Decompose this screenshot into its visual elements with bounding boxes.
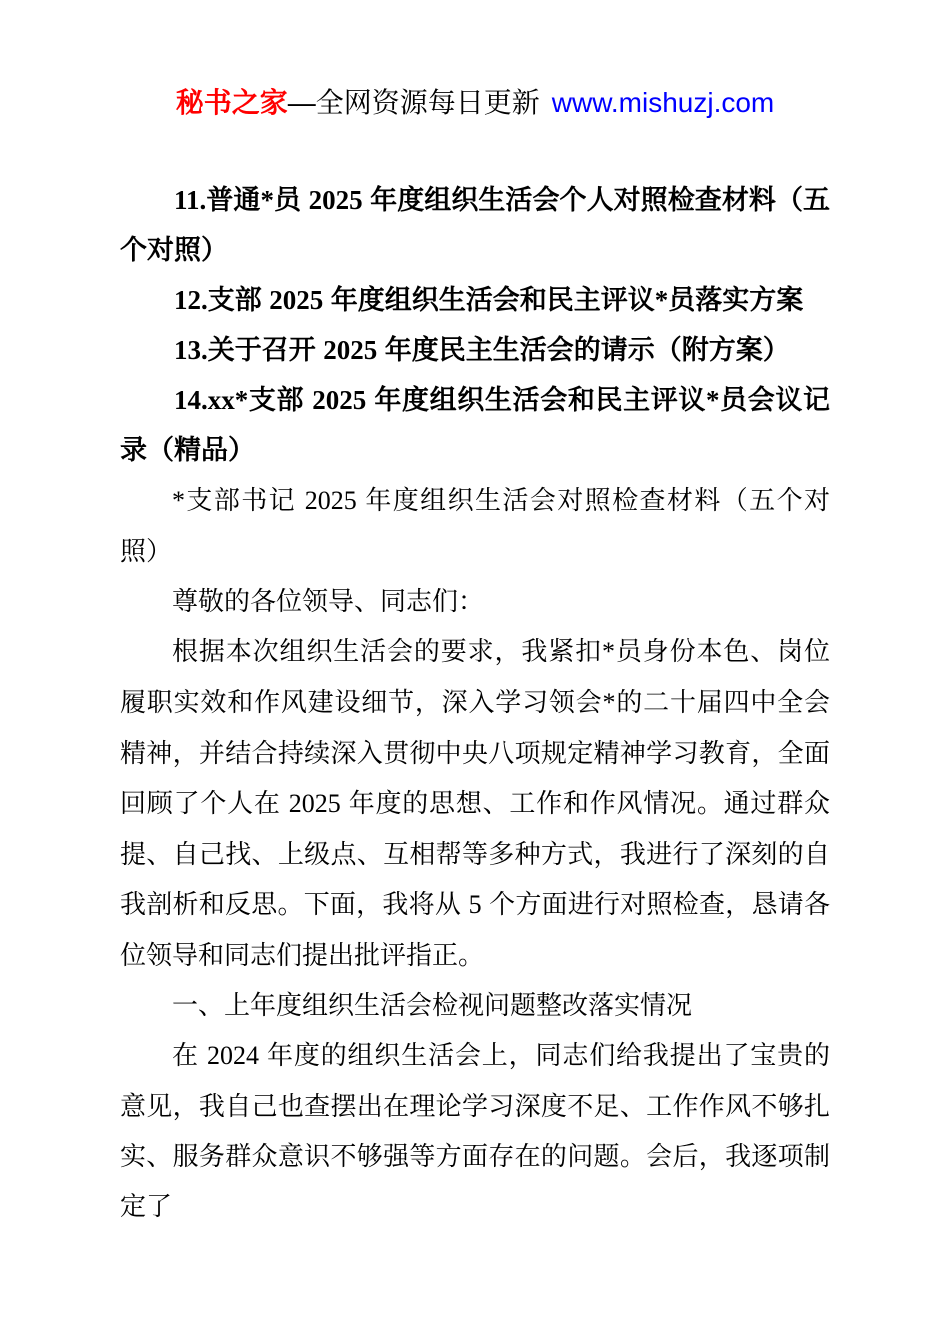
latin-text: 11.	[174, 185, 206, 215]
latin-text: *	[602, 637, 615, 666]
document-body: 11.普通*员 2025 年度组织生活会个人对照检查材料（五个对照）12.支部 …	[120, 175, 830, 1231]
latin-text: *	[706, 385, 720, 415]
latin-text: *	[655, 285, 669, 315]
latin-text: 2025	[289, 789, 341, 818]
latin-text: 2025	[312, 385, 366, 415]
header-url-link[interactable]: www.mishuzj.com	[552, 87, 774, 118]
header-tagline: 全网资源每日更新	[316, 87, 540, 118]
latin-text: *	[603, 688, 616, 717]
latin-text: 5	[469, 890, 482, 919]
site-name: 秘书之家	[176, 87, 288, 118]
latin-text: 2025	[323, 335, 377, 365]
latin-text: 2025	[269, 285, 323, 315]
paragraph: 根据本次组织生活会的要求，我紧扣*员身份本色、岗位履职实效和作风建设细节，深入学…	[120, 626, 830, 980]
list-item-title: 11.普通*员 2025 年度组织生活会个人对照检查材料（五个对照）	[120, 175, 830, 275]
list-item-title: 13.关于召开 2025 年度民主生活会的请示（附方案）	[120, 325, 830, 375]
header-dash: —	[288, 87, 316, 118]
latin-text: 2024	[207, 1041, 259, 1070]
latin-text: 12.	[174, 285, 208, 315]
list-item-title: 12.支部 2025 年度组织生活会和民主评议*员落实方案	[120, 275, 830, 325]
latin-text: 14.xx*	[174, 385, 248, 415]
paragraph: 在 2024 年度的组织生活会上，同志们给我提出了宝贵的意见，我自己也查摆出在理…	[120, 1030, 830, 1231]
latin-text: 2025	[305, 486, 357, 515]
latin-text: 13.	[174, 335, 208, 365]
document-page: 秘书之家—全网资源每日更新www.mishuzj.com 11.普通*员 202…	[0, 0, 950, 1344]
page-header: 秘书之家—全网资源每日更新www.mishuzj.com	[0, 84, 950, 122]
latin-text: *	[172, 486, 185, 515]
paragraph: 尊敬的各位领导、同志们：	[120, 576, 830, 626]
list-item-title: 14.xx*支部 2025 年度组织生活会和民主评议*员会议记录（精品）	[120, 375, 830, 475]
latin-text: *	[260, 185, 274, 215]
paragraph: *支部书记 2025 年度组织生活会对照检查材料（五个对照）	[120, 475, 830, 576]
latin-text: 2025	[309, 185, 363, 215]
section-heading: 一、上年度组织生活会检视问题整改落实情况	[120, 980, 830, 1030]
